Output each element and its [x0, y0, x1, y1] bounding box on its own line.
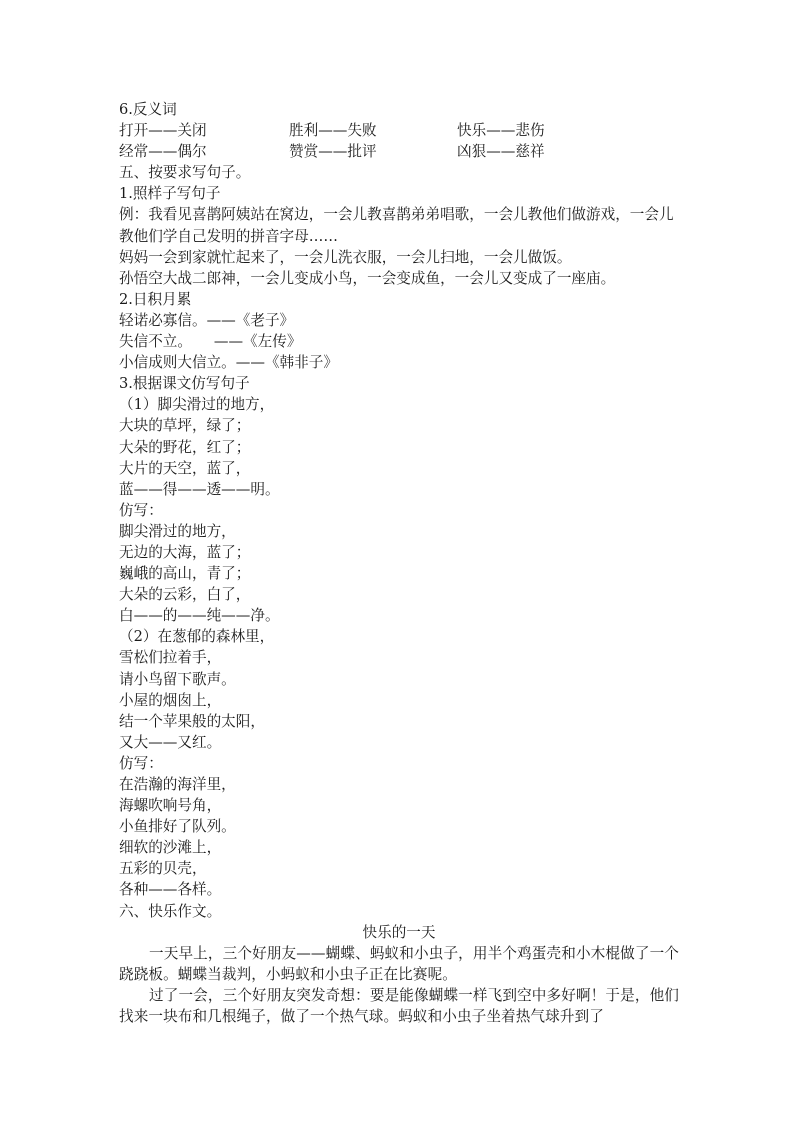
imitation-line: 细软的沙滩上，: [119, 837, 679, 858]
proverb-line: 失信不立。 ——《左传》: [119, 331, 679, 352]
poem-line: 小屋的烟囱上，: [119, 690, 679, 711]
antonym-pair: 经常——偶尔: [119, 141, 289, 162]
sub1-heading: 1.照样子写句子: [119, 183, 679, 204]
imitation-line: 巍峨的高山，青了；: [119, 563, 679, 584]
imitation-line: 各种——各样。: [119, 879, 679, 900]
imitate-label: 仿写：: [119, 500, 679, 521]
document-page: 6.反义词 打开——关闭 胜利——失败 快乐——悲伤 经常——偶尔 赞赏——批评…: [119, 99, 679, 1027]
poem-line: 又大——又红。: [119, 732, 679, 753]
essay-paragraph: 一天早上，三个好朋友——蝴蝶、蚂蚁和小虫子，用半个鸡蛋壳和小木棍做了一个跷跷板。…: [119, 943, 679, 985]
poem-line: 大朵的野花，红了；: [119, 437, 679, 458]
imitation-line: 海螺吹响号角，: [119, 795, 679, 816]
example-sentence: 例：我看见喜鹊阿姨站在窝边，一会儿教喜鹊弟弟唱歌，一会儿教他们做游戏，一会儿教他…: [119, 204, 679, 246]
imitation-line: 脚尖滑过的地方，: [119, 521, 679, 542]
antonym-pair: 打开——关闭: [119, 120, 289, 141]
antonym-row: 经常——偶尔 赞赏——批评 凶狠——慈祥: [119, 141, 679, 162]
imitation-line: 白——的——纯——净。: [119, 605, 679, 626]
proverb-line: 小信成则大信立。——《韩非子》: [119, 352, 679, 373]
poem-line: 大块的草坪，绿了；: [119, 415, 679, 436]
sub3-heading: 3.根据课文仿写句子: [119, 373, 679, 394]
antonym-pair: 赞赏——批评: [289, 141, 457, 162]
imitate-label: 仿写：: [119, 753, 679, 774]
antonyms-heading: 6.反义词: [119, 99, 679, 120]
poem-line: 大片的天空，蓝了，: [119, 458, 679, 479]
antonym-pair: 胜利——失败: [289, 120, 457, 141]
sub2-heading: 2.日积月累: [119, 289, 679, 310]
essay-title: 快乐的一天: [119, 922, 679, 943]
part5-heading: 五、按要求写句子。: [119, 162, 679, 183]
antonym-pair: 快乐——悲伤: [457, 120, 657, 141]
imitation-line: 无边的大海，蓝了；: [119, 542, 679, 563]
imitation-line: 五彩的贝壳，: [119, 858, 679, 879]
imitation-line: 小鱼排好了队列。: [119, 816, 679, 837]
imitation-line: 大朵的云彩，白了，: [119, 584, 679, 605]
poem-line: 蓝——得——透——明。: [119, 479, 679, 500]
poem-line: 请小鸟留下歌声。: [119, 669, 679, 690]
essay-paragraph: 过了一会，三个好朋友突发奇想：要是能像蝴蝶一样飞到空中多好啊！于是，他们找来一块…: [119, 985, 679, 1027]
answer-sentence: 妈妈一会到家就忙起来了，一会儿洗衣服，一会儿扫地，一会儿做饭。: [119, 247, 679, 268]
antonym-row: 打开——关闭 胜利——失败 快乐——悲伤: [119, 120, 679, 141]
antonym-pair: 凶狠——慈祥: [457, 141, 657, 162]
poem-line: （2）在葱郁的森林里，: [119, 626, 679, 647]
answer-sentence: 孙悟空大战二郎神，一会儿变成小鸟，一会变成鱼，一会儿又变成了一座庙。: [119, 268, 679, 289]
part6-heading: 六、快乐作文。: [119, 901, 679, 922]
poem-line: （1）脚尖滑过的地方，: [119, 394, 679, 415]
imitation-line: 在浩瀚的海洋里，: [119, 774, 679, 795]
proverb-line: 轻诺必寡信。——《老子》: [119, 310, 679, 331]
poem-line: 雪松们拉着手，: [119, 647, 679, 668]
poem-line: 结一个苹果般的太阳，: [119, 711, 679, 732]
